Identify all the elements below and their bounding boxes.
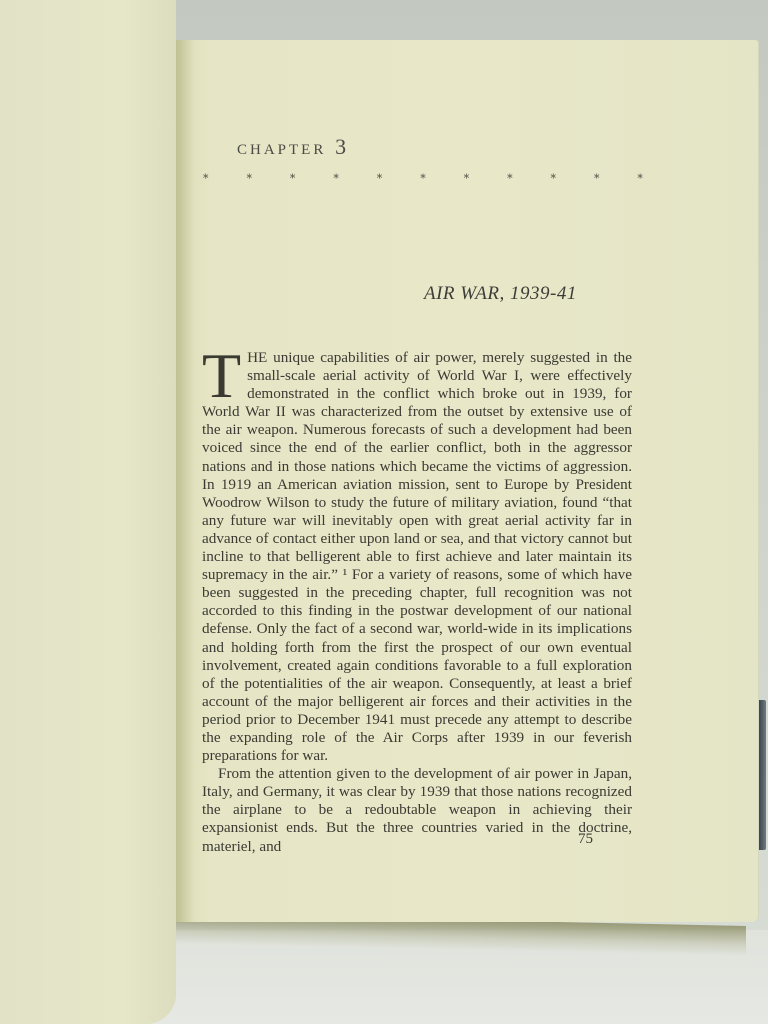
section-title: AIR WAR, 1939-41 [424, 283, 577, 305]
star-ornament-icon: * [464, 172, 470, 185]
chapter-label: CHAPTER [237, 142, 326, 158]
paragraph-text: HE unique capabilities of air power, mer… [202, 349, 632, 764]
gutter-shade [176, 40, 194, 922]
ornament-divider: * * * * * * * * * * * [203, 172, 643, 185]
star-ornament-icon: * [551, 172, 557, 185]
chapter-number: 3 [335, 134, 346, 159]
star-ornament-icon: * [203, 172, 209, 185]
star-ornament-icon: * [333, 172, 339, 185]
star-ornament-icon: * [637, 172, 643, 185]
paragraph: From the attention given to the developm… [202, 765, 632, 855]
body-text: THE unique capabilities of air power, me… [202, 349, 632, 856]
paragraph: THE unique capabilities of air power, me… [202, 349, 632, 765]
star-ornament-icon: * [594, 172, 600, 185]
drop-cap: T [202, 351, 241, 401]
star-ornament-icon: * [377, 172, 383, 185]
page-number: 75 [578, 831, 593, 848]
star-ornament-icon: * [246, 172, 252, 185]
star-ornament-icon: * [507, 172, 513, 185]
chapter-heading: CHAPTER 3 [237, 134, 346, 160]
star-ornament-icon: * [290, 172, 296, 185]
star-ornament-icon: * [420, 172, 426, 185]
left-page [0, 0, 176, 1024]
